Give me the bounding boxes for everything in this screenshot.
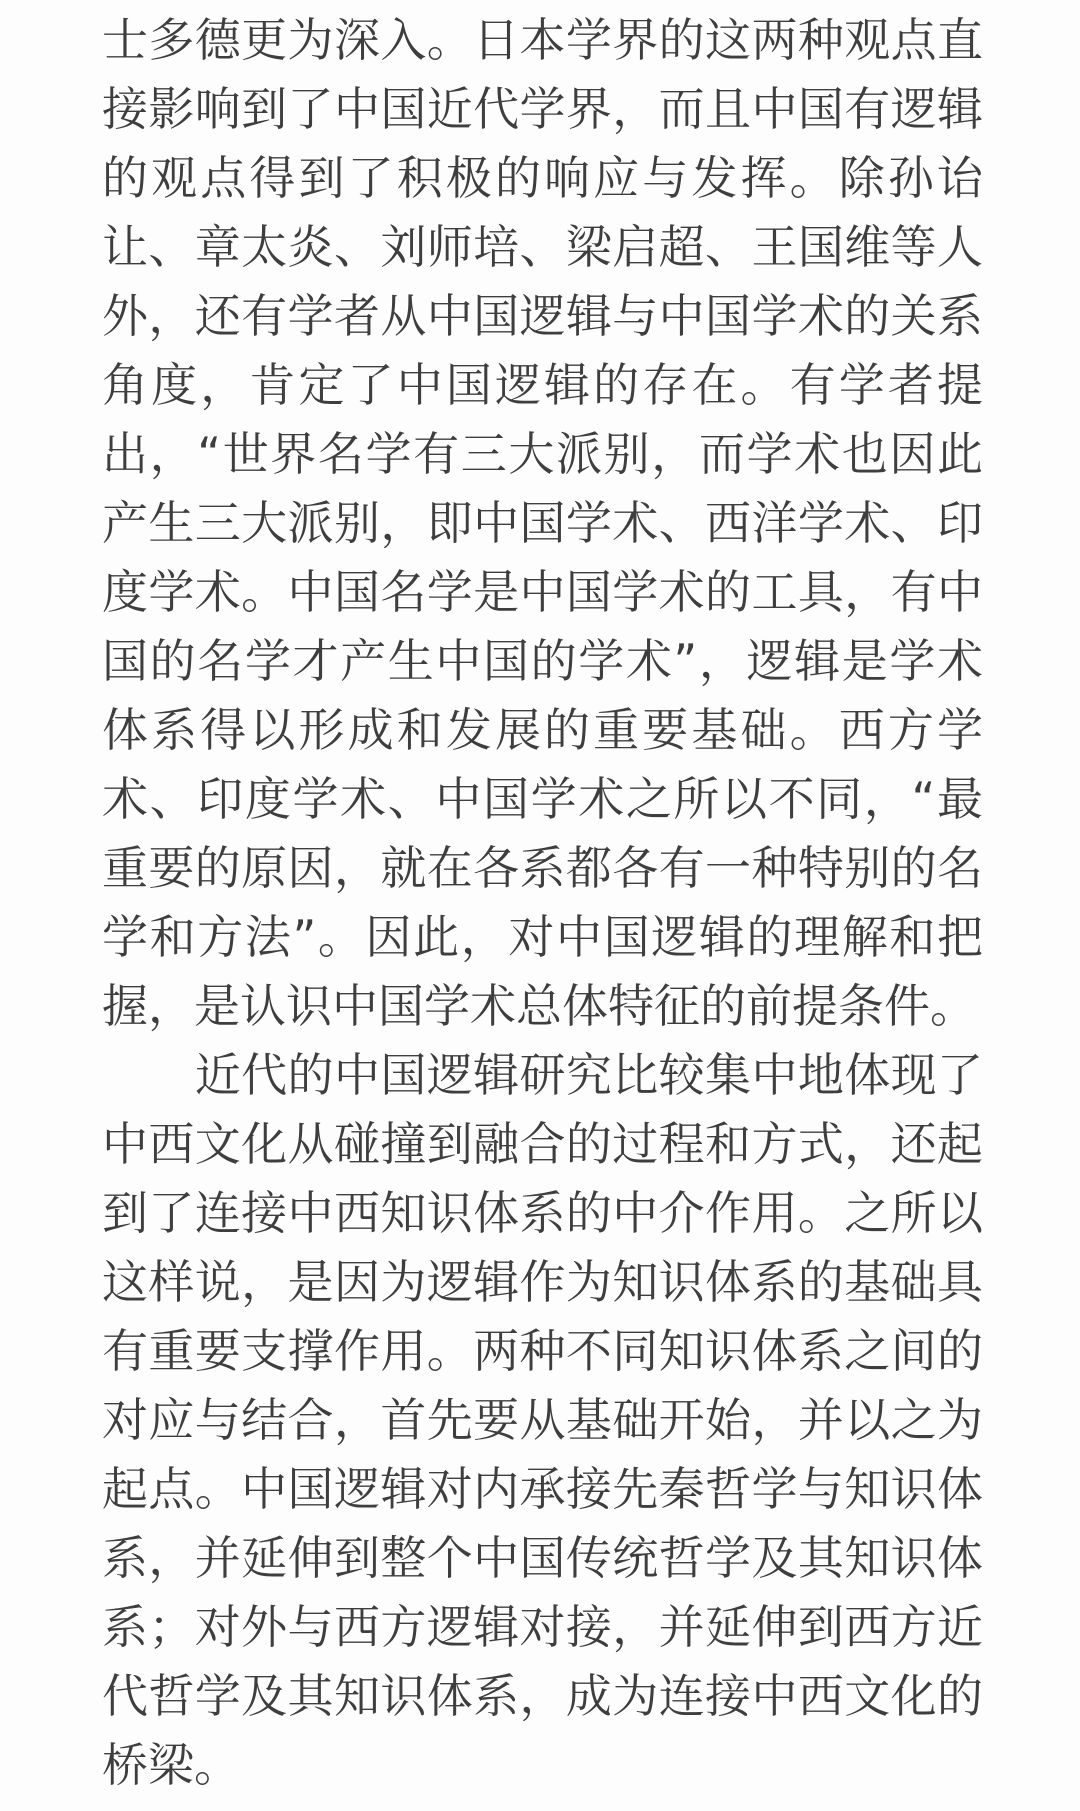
text-line: 让、章太炎、刘师培、梁启超、王国维等人 <box>102 213 983 282</box>
text-line: 近代的中国逻辑研究比较集中地体现了 <box>102 1041 983 1110</box>
text-line: 起点。中国逻辑对内承接先秦哲学与知识体 <box>102 1455 983 1524</box>
text-line: 对应与结合，首先要从基础开始，并以之为 <box>102 1386 983 1455</box>
text-line: 学和方法”。因此，对中国逻辑的理解和把 <box>102 903 983 972</box>
text-line: 接影响到了中国近代学界，而且中国有逻辑 <box>102 75 983 144</box>
text-line: 中西文化从碰撞到融合的过程和方式，还起 <box>102 1110 983 1179</box>
text-line: 系，并延伸到整个中国传统哲学及其知识体 <box>102 1524 983 1593</box>
text-line: 外，还有学者从中国逻辑与中国学术的关系 <box>102 282 983 351</box>
text-line: 的观点得到了积极的响应与发挥。除孙诒 <box>102 144 983 213</box>
text-line: 系；对外与西方逻辑对接，并延伸到西方近 <box>102 1593 983 1662</box>
text-line: 有重要支撑作用。两种不同知识体系之间的 <box>102 1317 983 1386</box>
text-line: 度学术。中国名学是中国学术的工具，有中 <box>102 558 983 627</box>
body-text: 士多德更为深入。日本学界的这两种观点直接影响到了中国近代学界，而且中国有逻辑的观… <box>102 6 983 1800</box>
text-line: 角度，肯定了中国逻辑的存在。有学者提 <box>102 351 983 420</box>
text-line: 重要的原因，就在各系都各有一种特别的名 <box>102 834 983 903</box>
text-line: 出，“世界名学有三大派别，而学术也因此 <box>102 420 983 489</box>
text-line: 代哲学及其知识体系，成为连接中西文化的 <box>102 1662 983 1731</box>
text-line: 士多德更为深入。日本学界的这两种观点直 <box>102 6 983 75</box>
text-line: 到了连接中西知识体系的中介作用。之所以 <box>102 1179 983 1248</box>
text-line: 体系得以形成和发展的重要基础。西方学 <box>102 696 983 765</box>
text-line: 握，是认识中国学术总体特征的前提条件。 <box>102 972 983 1041</box>
text-line: 这样说，是因为逻辑作为知识体系的基础具 <box>102 1248 983 1317</box>
text-line: 产生三大派别，即中国学术、西洋学术、印 <box>102 489 983 558</box>
reader-page: 士多德更为深入。日本学界的这两种观点直接影响到了中国近代学界，而且中国有逻辑的观… <box>0 0 1080 1811</box>
text-line: 术、印度学术、中国学术之所以不同，“最 <box>102 765 983 834</box>
text-line: 桥梁。 <box>102 1731 983 1800</box>
text-line: 国的名学才产生中国的学术”，逻辑是学术 <box>102 627 983 696</box>
